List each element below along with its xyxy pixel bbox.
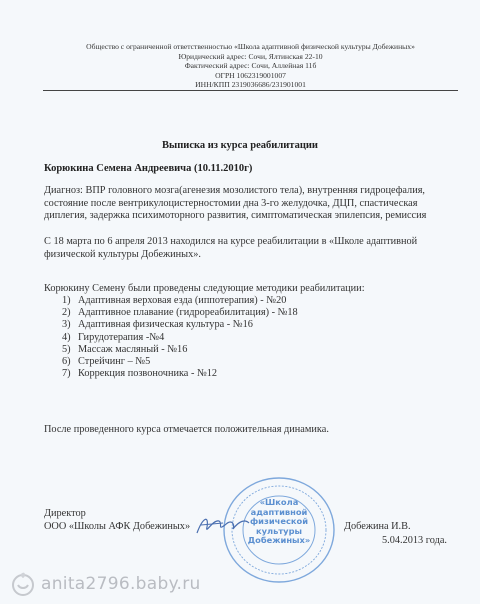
list-item: 3)Адаптивная физическая культура - №16 [62, 319, 298, 331]
list-item: 4)Гирудотерапия -№4 [62, 332, 298, 344]
signer-name: Добежина И.В. [344, 521, 411, 532]
letterhead-legal-address: Юридический адрес: Сочи, Ялтинская 22-10 [43, 52, 458, 62]
signature-icon [193, 509, 253, 539]
letterhead-ogrn: ОГРН 1062319001007 [43, 71, 458, 81]
document-date: 5.04.2013 года. [382, 535, 447, 546]
director-org: ООО «Школы АФК Добежиных» [44, 521, 190, 534]
letterhead-divider [43, 90, 458, 91]
list-item: 1)Адаптивная верховая езда (иппотерапия)… [62, 295, 298, 307]
director-block: Директор ООО «Школы АФК Добежиных» [44, 508, 190, 533]
watermark: anita2796.baby.ru [10, 570, 201, 598]
diagnosis-paragraph: Диагноз: ВПР головного мозга(агенезия мо… [44, 185, 459, 223]
patient-name: Корюкина Семена Андреевича (10.11.2010г) [44, 163, 252, 174]
list-item: 2)Адаптивное плавание (гидрореабилитация… [62, 307, 298, 319]
heart-logo-icon [10, 571, 36, 597]
letterhead-company: Общество с ограниченной ответственностью… [43, 42, 458, 52]
list-item: 6)Стрейчинг – №5 [62, 356, 298, 368]
letterhead: Общество с ограниченной ответственностью… [43, 42, 458, 90]
document-title: Выписка из курса реабилитации [0, 140, 480, 151]
methods-intro: Корюкину Семену были проведены следующие… [44, 283, 459, 296]
course-paragraph: С 18 марта по 6 апреля 2013 находился на… [44, 236, 459, 261]
list-item: 5)Массаж масляный - №16 [62, 344, 298, 356]
letterhead-actual-address: Фактический адрес: Сочи, Аллейная 11б [43, 61, 458, 71]
list-item: 7)Коррекция позвоночника - №12 [62, 368, 298, 380]
director-title: Директор [44, 508, 190, 521]
watermark-text: anita2796.baby.ru [41, 574, 201, 594]
document-page: Общество с ограниченной ответственностью… [0, 0, 480, 604]
result-paragraph: После проведенного курса отмечается поло… [44, 424, 459, 437]
methods-list: 1)Адаптивная верховая езда (иппотерапия)… [62, 295, 298, 380]
letterhead-inn: ИНН/КПП 2319036686/231901001 [43, 80, 458, 90]
